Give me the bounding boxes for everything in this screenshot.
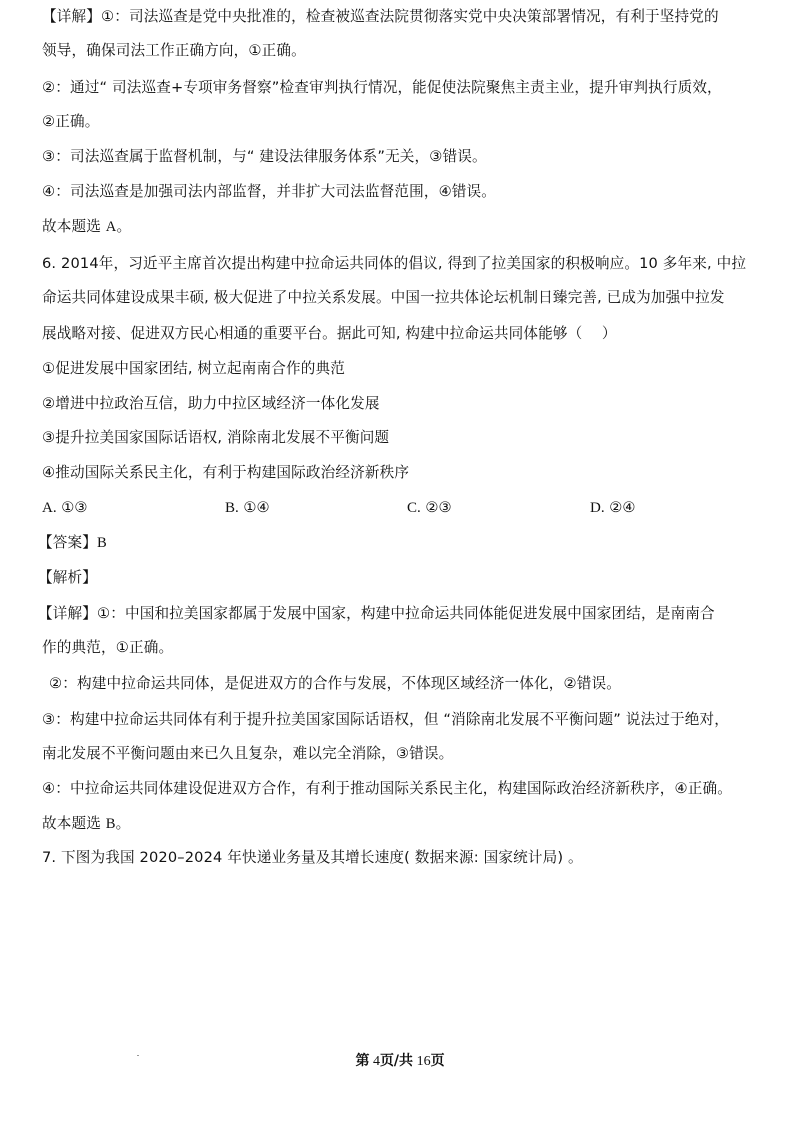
option-value: ①③ — [61, 499, 87, 516]
answer-value: B — [97, 535, 107, 551]
q5-explanation-line-4: ②正确。 — [42, 112, 99, 132]
footer-middle: 页/共 — [380, 1053, 413, 1069]
q6-stem-line-3: 展战略对接、促进双方民心相通的重要平台。据此可知, 构建中拉命运共同体能够（ ） — [42, 324, 617, 344]
option-letter: B. — [225, 500, 239, 516]
q6-explanation-line-1: 【详解】①：中国和拉美国家都属于发展中国家，构建中拉命运共同体能促进发展中国家团… — [38, 604, 715, 624]
q5-conclusion-suffix: 。 — [116, 218, 131, 235]
q5-explanation-line-5: ③：司法巡查属于监督机制，与“ 建设法律服务体系”无关，③错误。 — [42, 147, 487, 167]
q7-stem: 7. 下图为我国 2020–2024 年快递业务量及其增长速度( 数据来源: 国… — [42, 848, 583, 868]
q5-conclusion: 故本题选 A。 — [42, 217, 131, 237]
footer-total-pages: 16 — [413, 1054, 431, 1069]
q5-conclusion-answer: A — [106, 219, 117, 235]
q5-conclusion-prefix: 故本题选 — [42, 218, 106, 235]
q5-explanation-line-2: 领导，确保司法工作正确方向，①正确。 — [42, 41, 306, 61]
footer-prefix: 第 — [355, 1053, 369, 1069]
q5-explanation-line-3: ②：通过“ 司法巡查+专项审务督察”检查审判执行情况，能促使法院聚焦主责主业，提… — [42, 78, 722, 98]
option-value: ②④ — [609, 499, 635, 516]
q6-conclusion: 故本题选 B。 — [42, 814, 130, 834]
q6-statement-2: ②增进中拉政治互信，助力中拉区域经济一体化发展 — [42, 394, 380, 414]
q6-explanation-line-4: ③：构建中拉命运共同体有利于提升拉美国家国际话语权，但 “消除南北发展不平衡问题… — [42, 710, 729, 730]
q6-option-c: C. ②③ — [407, 498, 452, 518]
q6-explanation-line-2: 作的典范，①正确。 — [42, 638, 173, 658]
q6-statement-4: ④推动国际关系民主化，有利于构建国际政治经济新秩序 — [42, 463, 409, 483]
option-value: ②③ — [425, 499, 451, 516]
option-letter: D. — [590, 500, 605, 516]
option-letter: C. — [407, 500, 421, 516]
q5-explanation-line-1: 【详解】①：司法巡查是党中央批准的，检查被巡查法院贯彻落实党中央决策部署情况，有… — [42, 7, 719, 27]
q6-explanation-line-5: 南北发展不平衡问题由来已久且复杂，难以完全消除，③错误。 — [42, 744, 453, 764]
q6-option-d: D. ②④ — [590, 498, 635, 518]
q6-option-b: B. ①④ — [225, 498, 270, 518]
page-footer: 第 4页/共 16页 — [0, 1050, 800, 1070]
footer-suffix: 页 — [431, 1053, 445, 1069]
footer-current-page: 4 — [369, 1054, 380, 1069]
q6-stem-line-2: 命运共同体建设成果丰硕, 极大促进了中拉关系发展。中国一拉共体论坛机制日臻完善,… — [42, 288, 725, 308]
q6-statement-1: ①促进发展中国家团结, 树立起南南合作的典范 — [42, 359, 345, 379]
q6-option-a: A. ①③ — [42, 498, 87, 518]
q5-explanation-line-6: ④：司法巡查是加强司法内部监督，并非扩大司法监督范围，④错误。 — [42, 182, 496, 202]
answer-label: 【答案】 — [38, 534, 97, 551]
q6-conclusion-prefix: 故本题选 — [42, 815, 106, 832]
option-letter: A. — [42, 500, 57, 516]
q6-statement-3: ③提升拉美国家国际话语权, 消除南北发展不平衡问题 — [42, 428, 389, 448]
option-value: ①④ — [243, 499, 269, 516]
q6-stem-line-1: 6. 2014年，习近平主席首次提出构建中拉命运共同体的倡议, 得到了拉美国家的… — [42, 254, 746, 274]
q6-explanation-line-6: ④：中拉命运共同体建设促进双方合作，有利于推动国际关系民主化，构建国际政治经济新… — [42, 779, 732, 799]
q6-explanation-line-3: ②：构建中拉命运共同体，是促进双方的合作与发展，不体现区域经济一体化，②错误。 — [49, 674, 621, 694]
q6-answer: 【答案】B — [38, 533, 107, 553]
q6-analysis-label: 【解析】 — [38, 568, 97, 588]
q6-conclusion-suffix: 。 — [116, 815, 131, 832]
q6-conclusion-answer: B — [106, 816, 116, 832]
